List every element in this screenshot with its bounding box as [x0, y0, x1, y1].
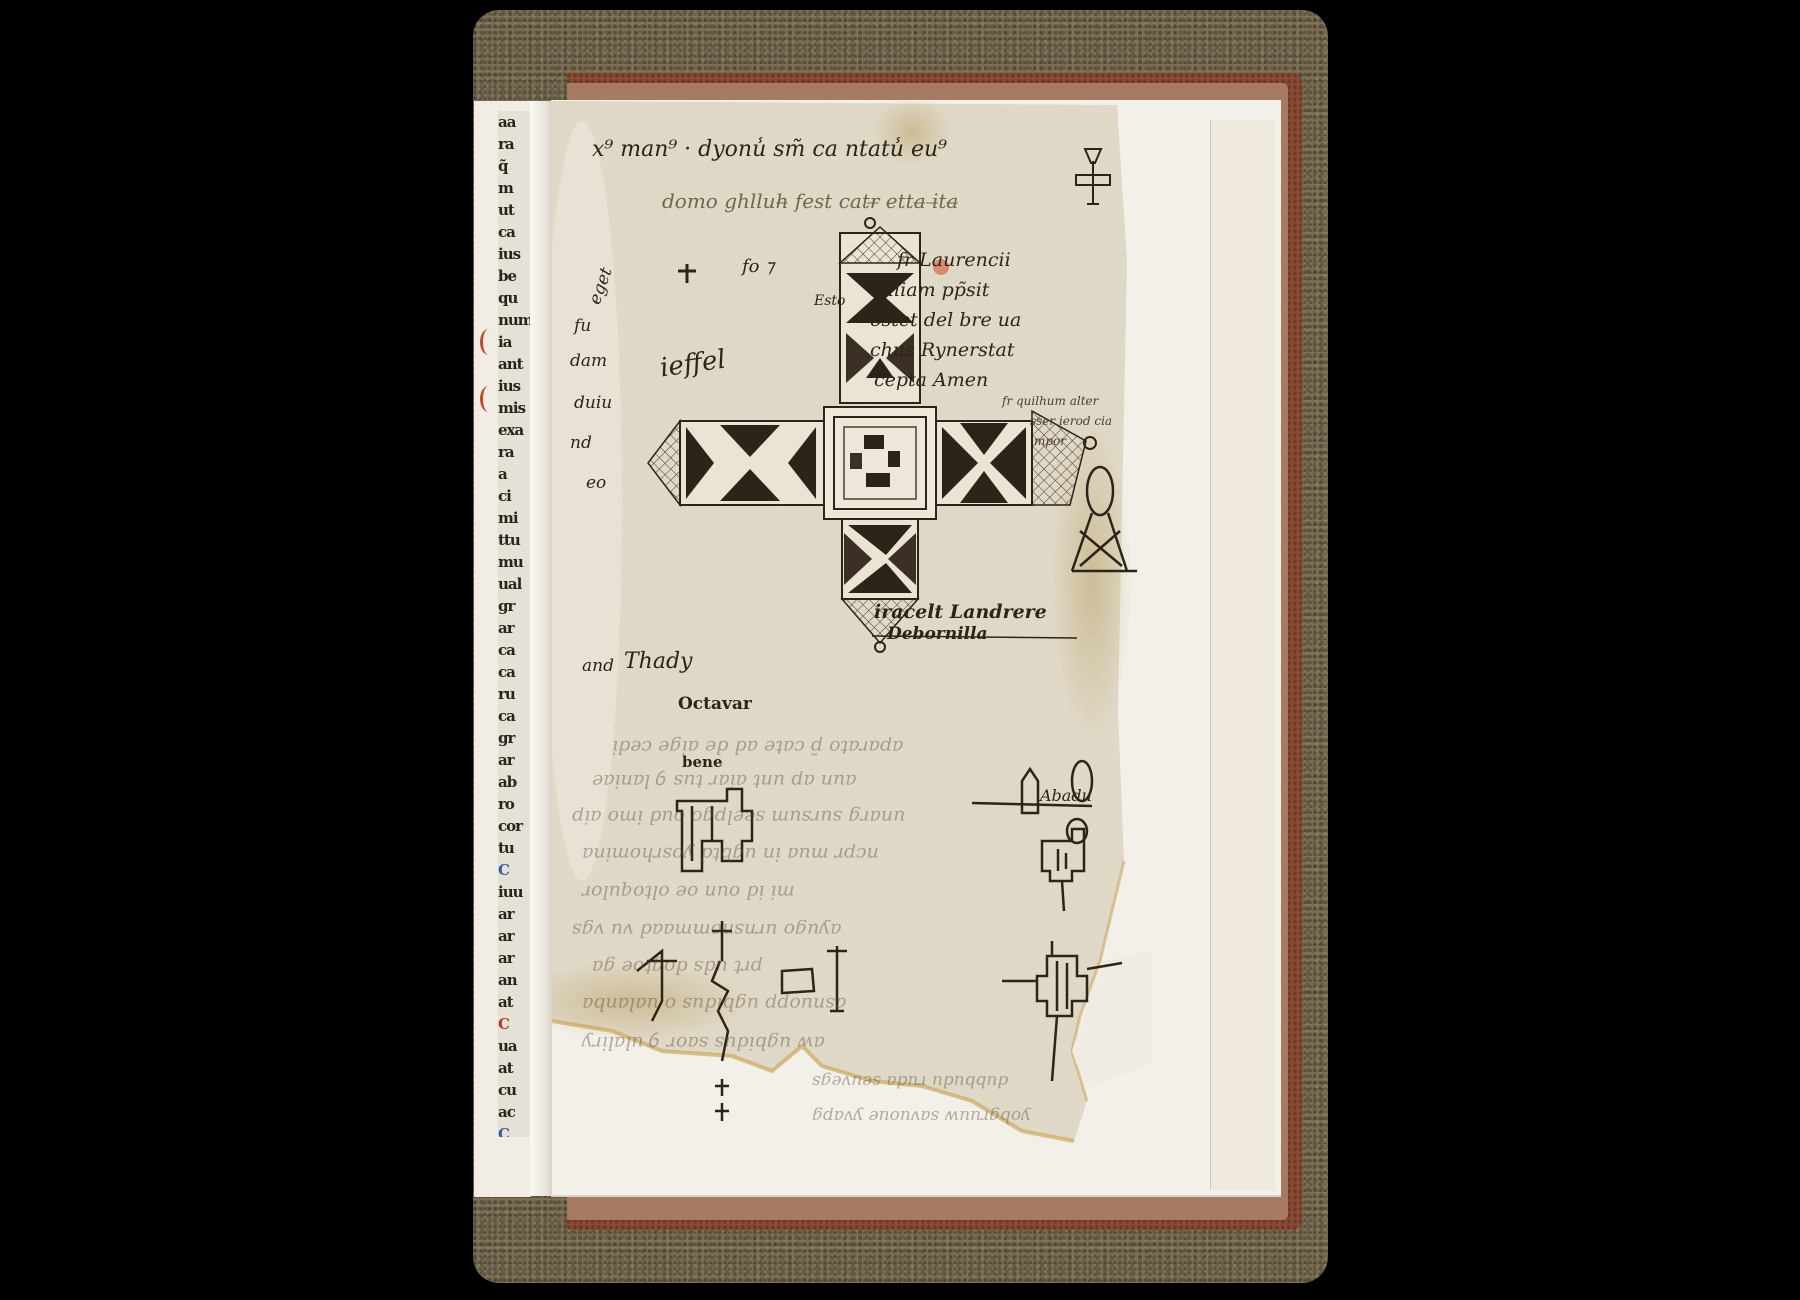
left-margin-note: fu — [574, 316, 591, 336]
leaf-text-line: iuu — [498, 881, 532, 903]
rubric-mark — [480, 329, 497, 355]
leaf-text-line: ttu — [498, 529, 532, 551]
right-note-line: ostet del bre ua — [870, 309, 1021, 331]
offset-line: aw ugbidus saor ꝯ ulaliry — [582, 1031, 825, 1057]
leaf-text-line: cor — [498, 815, 532, 837]
leaf-text-line: ru — [498, 683, 532, 705]
right-note-line: miliam pp̃sit — [870, 279, 989, 301]
leaf-text-line: ar — [498, 749, 532, 771]
leaf-text-line: exa — [498, 419, 532, 441]
leaf-text-line: m — [498, 177, 532, 199]
leaf-text-line: ua — [498, 1035, 532, 1057]
leaf-text-line: num — [498, 309, 532, 331]
offset-line: dubbudu ruda seuvegs — [812, 1071, 1008, 1091]
leaf-text-line: mi — [498, 507, 532, 529]
lower-left-word: Octavar — [678, 694, 752, 714]
leaf-text-line: ca — [498, 661, 532, 683]
leaf-text-line: ro — [498, 793, 532, 815]
leaf-text-line: tu — [498, 837, 532, 859]
rubric-mark — [480, 386, 497, 412]
leaf-text-line: ar — [498, 925, 532, 947]
leaf-text-line: ac — [498, 1101, 532, 1123]
leaf-text-line: q̃ — [498, 155, 532, 177]
offset-line: aun ap unt aiar tus ꝯ laniae — [592, 769, 857, 795]
leaf-text-line: ius — [498, 375, 532, 397]
ab-signature: Abadu — [1040, 786, 1092, 805]
leaf-text-line: at — [498, 1057, 532, 1079]
right-note-line: fr Laurencii — [897, 249, 1011, 271]
leaf-text-line: ca — [498, 221, 532, 243]
offset-line: ncpr mua in ugbtd yosrhomina — [582, 843, 879, 865]
leaf-text-line: C — [498, 859, 532, 881]
leaf-text-line: mu — [498, 551, 532, 573]
leaf-text-line: ar — [498, 617, 532, 639]
signature-right-line2: Debornilla — [887, 624, 988, 644]
leaf-text-line: C — [498, 1013, 532, 1035]
leaf-text-line: ab — [498, 771, 532, 793]
right-note-small: fr quilhum alter — [1002, 394, 1098, 408]
adjacent-leaf-text-column: aaraq̃mutcaiusbequnumiaantiusmisexaraaci… — [498, 111, 532, 1137]
leaf-text-line: ar — [498, 903, 532, 925]
leaf-text-line: ia — [498, 331, 532, 353]
right-note-small: mpor — [1034, 434, 1066, 448]
leaf-text-line: ut — [498, 199, 532, 221]
right-note-small: sser ierod cia — [1030, 414, 1112, 428]
left-margin-note: duiu — [574, 393, 612, 413]
leaf-text-line: ra — [498, 441, 532, 463]
leaf-text-line: be — [498, 265, 532, 287]
leaf-text-line: aa — [498, 111, 532, 133]
offset-line: mi id oun oe oltoqulor — [582, 881, 795, 903]
right-note-line: chus Rynerstat — [870, 339, 1015, 361]
leaf-text-line: mis — [498, 397, 532, 419]
leaf-text-line: at — [498, 991, 532, 1013]
leaf-text-line: gr — [498, 595, 532, 617]
leaf-text-line: ant — [498, 353, 532, 375]
top-mark-esto: Esto — [814, 293, 845, 309]
header-line: x⁹ man⁹ · dyonu̾ sm̃ ca ntatu̾ eu⁹ — [592, 137, 947, 162]
leaf-text-line: ar — [498, 947, 532, 969]
right-note-line: cepta Amen — [874, 369, 988, 391]
offset-line: unarg sursum seelpgo oud imo aip — [572, 806, 905, 828]
lower-left-word: Thady — [624, 649, 692, 674]
leaf-text-line: ci — [498, 485, 532, 507]
leaf-text-line: ca — [498, 639, 532, 661]
left-margin-note: eo — [586, 473, 606, 493]
manuscript-page: x⁹ man⁹ · dyonu̾ sm̃ ca ntatu̾ eu⁹ domo … — [552, 101, 1252, 1161]
left-margin-note: nd — [570, 433, 592, 453]
adjacent-leaf: aaraq̃mutcaiusbequnumiaantiusmisexaraaci… — [474, 101, 531, 1197]
leaf-text-line: ius — [498, 243, 532, 265]
leaf-text-line: qu — [498, 287, 532, 309]
offset-line: asnuopp ugbidus o ualanba — [582, 993, 846, 1015]
offset-line: aparato p̃ cate ad de aige cedi — [612, 736, 903, 758]
binding-gutter — [530, 101, 552, 1196]
leaf-text-line: cu — [498, 1079, 532, 1101]
leaf-text-line: an — [498, 969, 532, 991]
leaf-text-line: gr — [498, 727, 532, 749]
leaf-text-line: C — [498, 1123, 532, 1137]
signature-right-line1: iracelt Landrere — [874, 601, 1047, 623]
offset-line: prt uds dogtoe ga — [592, 956, 763, 978]
top-mark-fo: fo ⁊ — [742, 256, 774, 277]
second-line: domo ghlluh̶ fest catr̶ etta̶ i̶ta̶ — [662, 189, 958, 213]
lower-left-word: and — [582, 656, 614, 676]
offset-line: yobgruuw savuoue yvapg — [812, 1106, 1031, 1126]
leaf-text-line: a — [498, 463, 532, 485]
leaf-text-line: ual — [498, 573, 532, 595]
leaf-text-line: ra — [498, 133, 532, 155]
leaf-text-line: ca — [498, 705, 532, 727]
left-margin-note: dam — [570, 351, 607, 371]
offset-line: ayugo urnsnommaad vu vgs — [572, 919, 841, 941]
